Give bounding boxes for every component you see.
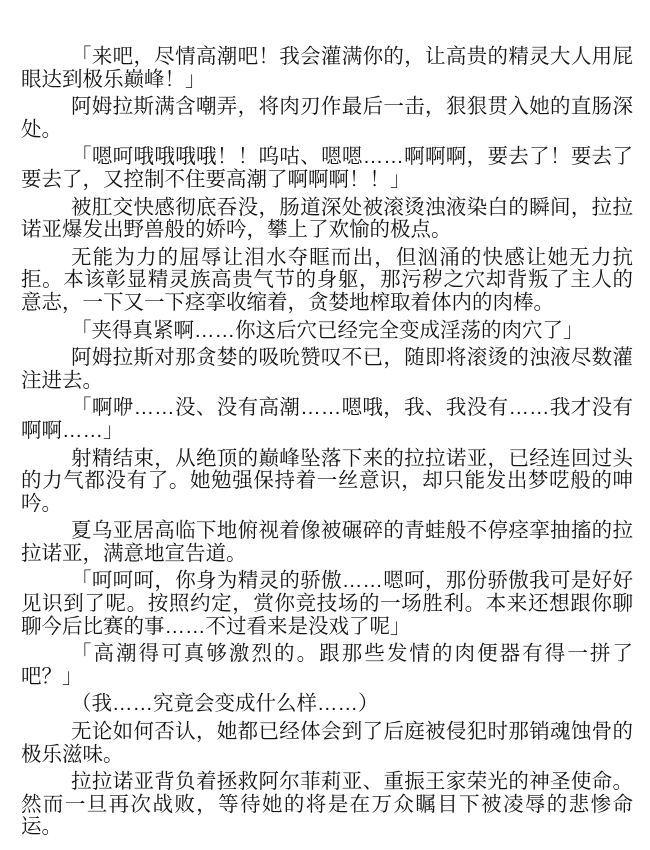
paragraph-dialogue: 「嗯呵哦哦哦哦！！呜咕、嗯嗯……啊啊啊，要去了！要去了要去了，又控制不住要高潮了… (21, 146, 633, 191)
paragraph-dialogue: 「高潮得可真够激烈的。跟那些发情的肉便器有得一拼了吧？」 (21, 643, 633, 688)
paragraph-dialogue: 「啊咿……没、没有高潮……嗯哦，我、我没有……我才没有啊啊……」 (21, 397, 633, 442)
novel-page: 「来吧，尽情高潮吧！我会灌满你的，让高贵的精灵大人用屁眼达到极乐巅峰！」阿姆拉斯… (0, 0, 650, 850)
paragraph-thought: （我……究竟会变成什么样……） (21, 693, 633, 716)
paragraph-narration: 射精结束，从绝顶的巅峰坠落下来的拉拉诺亚，已经连回过头的力气都没有了。她勉强保持… (21, 448, 633, 516)
paragraph-narration: 无能为力的屈辱让泪水夺眶而出，但汹涌的快感让她无力抗拒。本该彰显精灵族高贵气节的… (21, 247, 633, 315)
paragraph-dialogue: 「夹得真紧啊……你这后穴已经完全变成淫荡的肉穴了」 (21, 320, 633, 343)
paragraph-narration: 阿姆拉斯满含嘲弄，将肉刃作最后一击，狠狠贯入她的直肠深处。 (21, 96, 633, 141)
paragraph-narration: 无论如何否认，她都已经体会到了后庭被侵犯时那销魂蚀骨的极乐滋味。 (21, 721, 633, 766)
text-body: 「来吧，尽情高潮吧！我会灌满你的，让高贵的精灵大人用屁眼达到极乐巅峰！」阿姆拉斯… (21, 46, 633, 839)
paragraph-narration: 被肛交快感彻底吞没，肠道深处被滚烫浊液染白的瞬间，拉拉诺亚爆发出野兽般的娇吟，攀… (21, 197, 633, 242)
paragraph-narration: 拉拉诺亚背负着拯救阿尔菲莉亚、重振王家荣光的神圣使命。然而一旦再次战败，等待她的… (21, 771, 633, 839)
paragraph-dialogue: 「呵呵呵，你身为精灵的骄傲……嗯呵，那份骄傲我可是好好见识到了呢。按照约定，赏你… (21, 570, 633, 638)
paragraph-narration: 夏乌亚居高临下地俯视着像被碾碎的青蛙般不停痉挛抽搐的拉拉诺亚，满意地宣告道。 (21, 520, 633, 565)
paragraph-narration: 阿姆拉斯对那贪婪的吸吮赞叹不已，随即将滚烫的浊液尽数灌注进去。 (21, 347, 633, 392)
paragraph-dialogue: 「来吧，尽情高潮吧！我会灌满你的，让高贵的精灵大人用屁眼达到极乐巅峰！」 (21, 46, 633, 91)
